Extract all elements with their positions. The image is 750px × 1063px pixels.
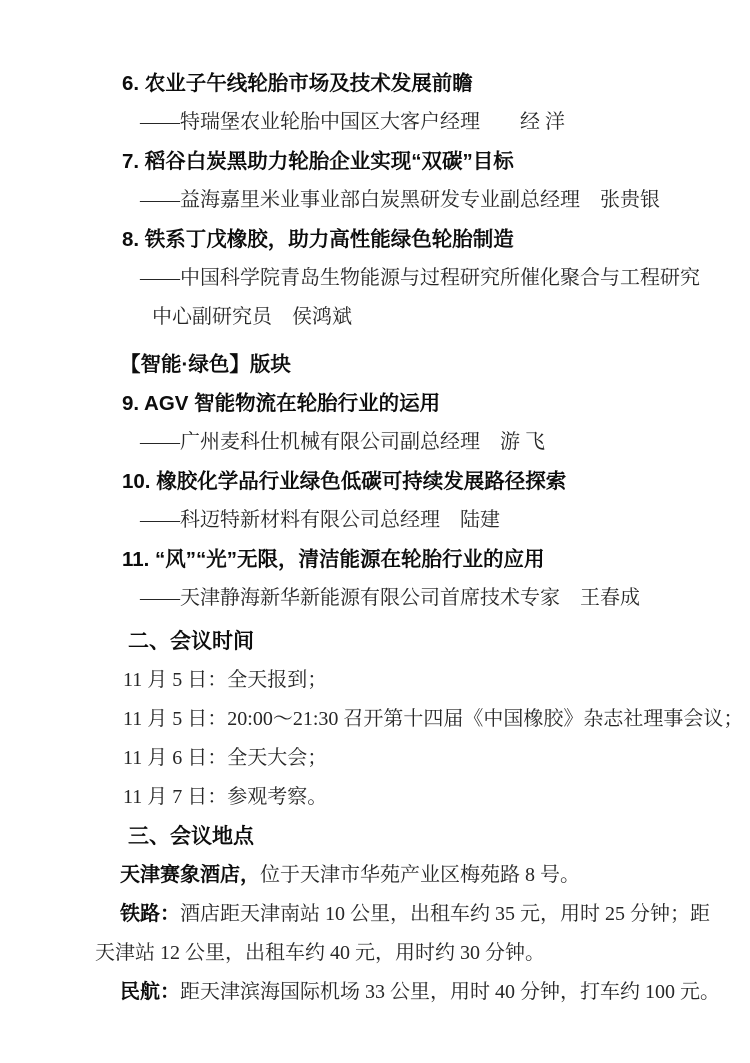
section-label-smart-green: 【智能·绿色】版块 [120,345,695,384]
meeting-venue-title: 三、会议地点 [128,817,695,856]
agenda-item-10-heading: 10. 橡胶化学品行业绿色低碳可持续发展路径探索 [122,462,695,501]
agenda-item-11-speaker: ——天津静海新华新能源有限公司首席技术专家 王春成 [140,579,695,618]
venue-rail-line-1: 铁路：酒店距天津南站 10 公里，出租车约 35 元，用时 25 分钟；距 [120,895,695,934]
meeting-time-line-2: 11 月 5 日：20:00～21:30 召开第十四届《中国橡胶》杂志社理事会议… [123,700,695,739]
meeting-time-title: 二、会议时间 [128,622,695,661]
agenda-item-6-heading: 6. 农业子午线轮胎市场及技术发展前瞻 [122,64,695,103]
meeting-time-line-4: 11 月 7 日：参观考察。 [123,778,695,817]
venue-hotel-name: 天津赛象酒店， [120,864,260,886]
venue-air-text: 距天津滨海国际机场 33 公里，用时 40 分钟，打车约 100 元。 [180,981,720,1003]
venue-hotel-line: 天津赛象酒店，位于天津市华苑产业区梅苑路 8 号。 [120,856,695,895]
meeting-time-line-1: 11 月 5 日：全天报到； [123,661,695,700]
venue-rail-text-1: 酒店距天津南站 10 公里，出租车约 35 元，用时 25 分钟；距 [180,903,710,925]
venue-hotel-address: 位于天津市华苑产业区梅苑路 8 号。 [260,864,580,886]
agenda-item-10-speaker: ——科迈特新材料有限公司总经理 陆建 [140,501,695,540]
venue-rail-label: 铁路： [120,903,180,925]
venue-air-label: 民航： [120,981,180,1003]
agenda-item-9-heading: 9. AGV 智能物流在轮胎行业的运用 [122,384,695,423]
agenda-item-9-speaker: ——广州麦科仕机械有限公司副总经理 游 飞 [140,423,695,462]
meeting-time-line-3: 11 月 6 日：全天大会； [123,739,695,778]
document-page: 6. 农业子午线轮胎市场及技术发展前瞻 ——特瑞堡农业轮胎中国区大客户经理 经 … [0,0,750,1063]
agenda-item-7-heading: 7. 稻谷白炭黑助力轮胎企业实现“双碳”目标 [122,142,695,181]
document-content: 6. 农业子午线轮胎市场及技术发展前瞻 ——特瑞堡农业轮胎中国区大客户经理 经 … [0,0,750,1012]
agenda-item-8-speaker-line-2: 中心副研究员 侯鸿斌 [152,298,695,337]
agenda-item-11-heading: 11. “风”“光”无限，清洁能源在轮胎行业的应用 [122,540,695,579]
agenda-item-8-speaker-line-1: ——中国科学院青岛生物能源与过程研究所催化聚合与工程研究 [140,259,695,298]
agenda-item-6-speaker: ——特瑞堡农业轮胎中国区大客户经理 经 洋 [140,103,695,142]
venue-rail-line-2: 天津站 12 公里，出租车约 40 元，用时约 30 分钟。 [95,934,695,973]
venue-air-line: 民航：距天津滨海国际机场 33 公里，用时 40 分钟，打车约 100 元。 [120,973,695,1012]
agenda-item-8-heading: 8. 铁系丁戊橡胶，助力高性能绿色轮胎制造 [122,220,695,259]
agenda-item-7-speaker: ——益海嘉里米业事业部白炭黑研发专业副总经理 张贵银 [140,181,695,220]
